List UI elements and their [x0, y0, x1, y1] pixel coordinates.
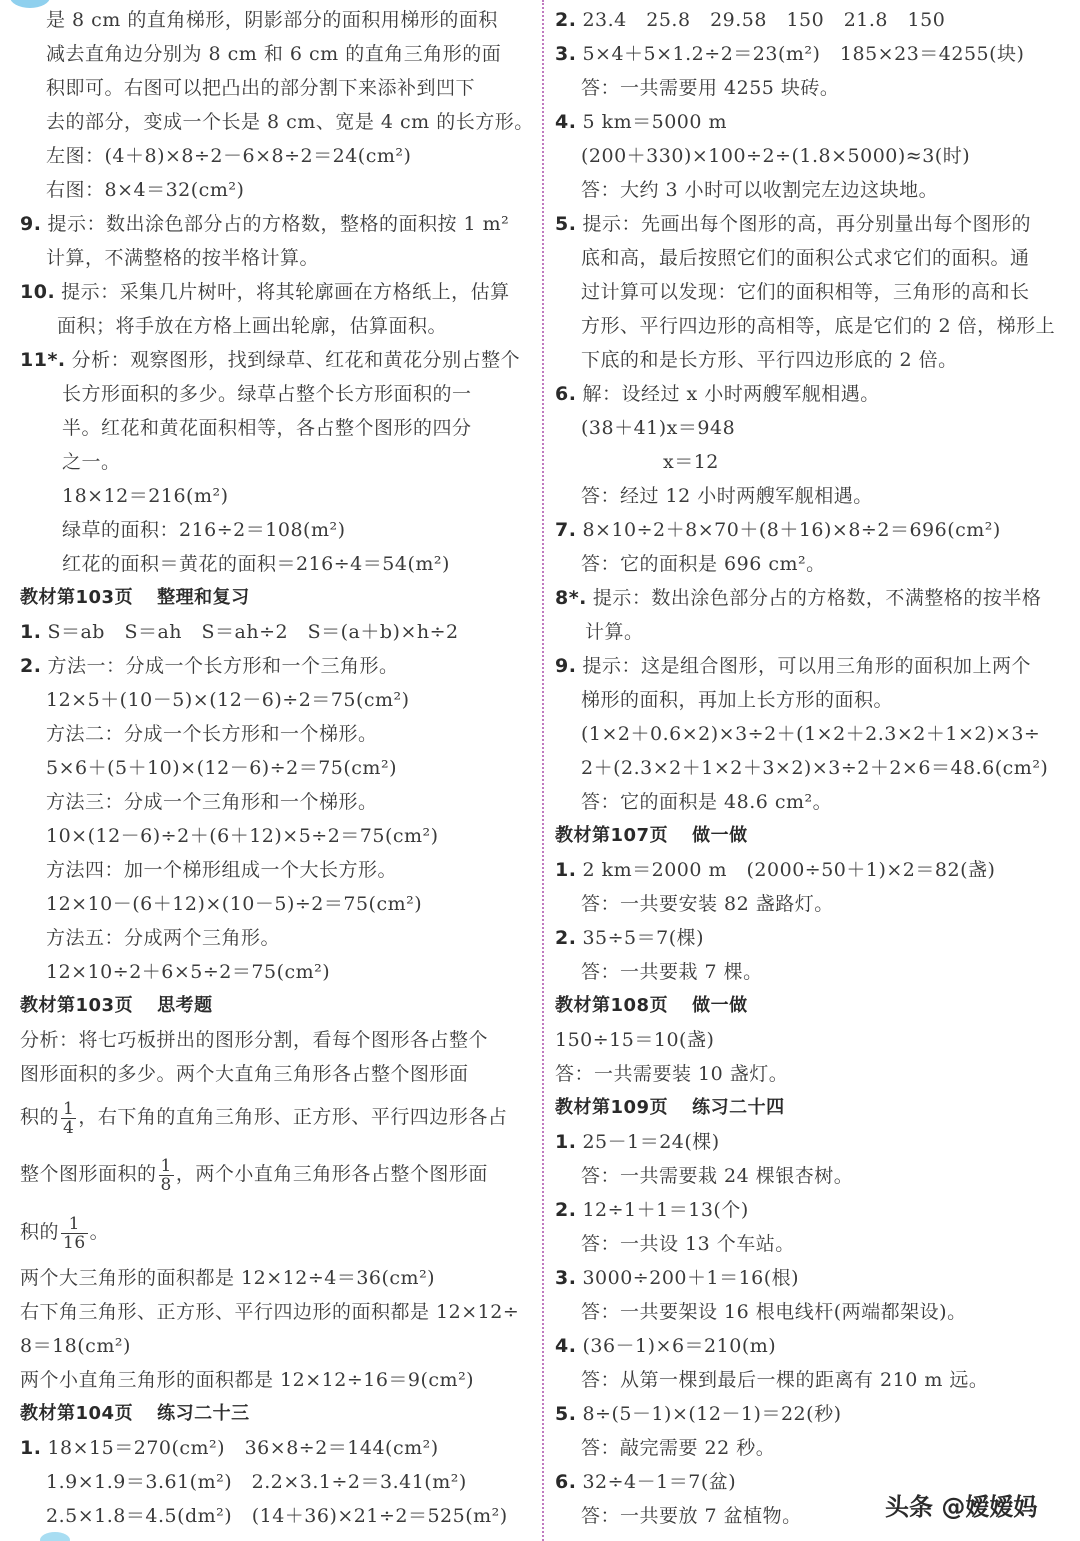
fraction-line: 积的14，右下角的直角三角形、正方形、平行四边形各占 [20, 1097, 507, 1137]
text-line: 2.5×1.8＝4.5(dm²) (14＋36)×21÷2＝525(m²) [46, 1504, 508, 1528]
line-text: 3000÷200＋1＝16(根) [582, 1267, 799, 1289]
line-text: 18×12＝216(m²) [62, 485, 229, 507]
section-title: 思考题 [157, 995, 213, 1016]
line-text: 方法五：分成两个三角形。 [46, 927, 280, 949]
question-line: 2.12÷1＋1＝13(个) [555, 1198, 749, 1222]
text-line: 答：一共需要装 10 盏灯。 [555, 1062, 788, 1086]
line-text: 2 km＝2000 m (2000÷50＋1)×2＝82(盏) [582, 859, 995, 881]
line-text: 左图：(4＋8)×8÷2－6×8÷2＝24(cm²) [46, 145, 411, 167]
line-text: 答：从第一棵到最后一棵的距离有 210 m 远。 [581, 1369, 988, 1391]
text-line: (38＋41)x＝948 [581, 416, 735, 440]
text-line: 积即可。右图可以把凸出的部分割下来添补到凹下 [46, 76, 475, 100]
line-text: 底和高，最后按照它们的面积公式求它们的面积。通 [581, 247, 1030, 269]
question-number: 2. [555, 9, 576, 31]
line-text: 答：一共需要栽 24 棵银杏树。 [581, 1165, 853, 1187]
question-number: 9. [555, 655, 576, 677]
question-number: 3. [555, 1267, 576, 1289]
line-text: 8÷(5－1)×(12－1)＝22(秒) [582, 1403, 841, 1425]
line-text: 答：经过 12 小时两艘军舰相遇。 [581, 485, 873, 507]
text-line: 12×5＋(10－5)×(12－6)÷2＝75(cm²) [46, 688, 410, 712]
line-text: (1×2＋0.6×2)×3÷2＋(1×2＋2.3×2＋1×2)×3÷ [581, 723, 1040, 745]
line-text: 分析：将七巧板拼出的图形分割，看每个图形各占整个 [20, 1029, 488, 1051]
question-number: 8*. [555, 587, 587, 609]
line-text: 提示：采集几片树叶，将其轮廓画在方格纸上，估算 [61, 281, 510, 303]
question-line: 9.提示：这是组合图形，可以用三角形的面积加上两个 [555, 654, 1031, 678]
text-before: 积的 [20, 1106, 59, 1128]
text-line: 长方形面积的多少。绿草占整个长方形面积的一 [62, 382, 472, 406]
decorative-corner-shape [10, 0, 50, 8]
line-text: 23.4 25.8 29.58 150 21.8 150 [582, 9, 945, 31]
text-after: 。 [90, 1221, 110, 1243]
line-text: 答：它的面积是 696 cm²。 [581, 553, 826, 575]
denominator: 16 [61, 1234, 88, 1252]
text-line: 方法四：加一个梯形组成一个大长方形。 [46, 858, 397, 882]
text-line: 是 8 cm 的直角梯形，阴影部分的面积用梯形的面积 [46, 8, 498, 32]
text-line: 5×6＋(5＋10)×(12－6)÷2＝75(cm²) [46, 756, 397, 780]
section-header: 教材第103页整理和复习 [20, 586, 250, 610]
text-line: 答：一共需要栽 24 棵银杏树。 [581, 1164, 853, 1188]
question-number: 11*. [20, 349, 66, 371]
line-text: 提示：先画出每个图形的高，再分别量出每个图形的 [582, 213, 1031, 235]
line-text: 答：一共要架设 16 根电线杆(两端都架设)。 [581, 1301, 967, 1323]
fraction: 14 [61, 1100, 76, 1137]
text-line: 方法二：分成一个长方形和一个梯形。 [46, 722, 378, 746]
line-text: 答：大约 3 小时可以收割完左边这块地。 [581, 179, 938, 201]
text-line: 答：一共需要用 4255 块砖。 [581, 76, 839, 100]
line-text: 半。红花和黄花面积相等，各占整个图形的四分 [62, 417, 472, 439]
text-line: 答：大约 3 小时可以收割完左边这块地。 [581, 178, 938, 202]
line-text: 右下角三角形、正方形、平行四边形的面积都是 12×12÷ [20, 1301, 519, 1323]
text-line: 12×10－(6＋12)×(10－5)÷2＝75(cm²) [46, 892, 422, 916]
question-line: 4.(36－1)×6＝210(m) [555, 1334, 776, 1358]
decorative-corner-shape-bottom [40, 1532, 70, 1541]
line-text: 5×6＋(5＋10)×(12－6)÷2＝75(cm²) [46, 757, 397, 779]
text-line: 绿草的面积：216÷2＝108(m²) [62, 518, 346, 542]
column-divider [542, 0, 544, 1541]
line-text: 分析：观察图形，找到绿草、红花和黄花分别占整个 [72, 349, 521, 371]
text-line: 答：一共要架设 16 根电线杆(两端都架设)。 [581, 1300, 967, 1324]
line-text: 图形面积的多少。两个大直角三角形各占整个图形面 [20, 1063, 469, 1085]
numerator: 1 [61, 1100, 76, 1119]
line-text: 解：设经过 x 小时两艘军舰相遇。 [582, 383, 879, 405]
line-text: (38＋41)x＝948 [581, 417, 735, 439]
text-line: 梯形的面积，再加上长方形的面积。 [581, 688, 893, 712]
line-text: 绿草的面积：216÷2＝108(m²) [62, 519, 346, 541]
text-line: 答：一共设 13 个车站。 [581, 1232, 795, 1256]
question-number: 10. [20, 281, 55, 303]
section-page: 教材第104页 [20, 1403, 133, 1424]
text-line: 分析：将七巧板拼出的图形分割，看每个图形各占整个 [20, 1028, 488, 1052]
line-text: 梯形的面积，再加上长方形的面积。 [581, 689, 893, 711]
line-text: 答：敲完需要 22 秒。 [581, 1437, 775, 1459]
section-page: 教材第108页 [555, 995, 668, 1016]
text-line: 底和高，最后按照它们的面积公式求它们的面积。通 [581, 246, 1030, 270]
section-header: 教材第107页做一做 [555, 824, 748, 848]
text-line: x＝12 [663, 450, 719, 474]
numerator: 1 [159, 1157, 174, 1176]
text-line: 10×(12－6)÷2＋(6＋12)×5÷2＝75(cm²) [46, 824, 439, 848]
text-after: ，两个小直角三角形各占整个图形面 [176, 1163, 488, 1185]
question-line: 5.提示：先画出每个图形的高，再分别量出每个图形的 [555, 212, 1031, 236]
section-title: 练习二十四 [692, 1097, 785, 1118]
line-text: 减去直角边分别为 8 cm 和 6 cm 的直角三角形的面 [46, 43, 501, 65]
question-line: 2.23.4 25.8 29.58 150 21.8 150 [555, 8, 945, 32]
text-line: 答：一共要放 7 盆植物。 [581, 1504, 802, 1528]
section-title: 做一做 [692, 825, 748, 846]
question-line: 1.18×15＝270(cm²) 36×8÷2＝144(cm²) [20, 1436, 439, 1460]
question-number: 9. [20, 213, 41, 235]
line-text: 积即可。右图可以把凸出的部分割下来添补到凹下 [46, 77, 475, 99]
text-line: 两个小直角三角形的面积都是 12×12÷16＝9(cm²) [20, 1368, 474, 1392]
question-line: 3.5×4＋5×1.2÷2＝23(m²) 185×23＝4255(块) [555, 42, 1024, 66]
numerator: 1 [61, 1215, 88, 1234]
line-text: 8＝18(cm²) [20, 1335, 131, 1357]
line-text: 是 8 cm 的直角梯形，阴影部分的面积用梯形的面积 [46, 9, 498, 31]
line-text: 红花的面积＝黄花的面积＝216÷4＝54(m²) [62, 553, 450, 575]
text-line: 半。红花和黄花面积相等，各占整个图形的四分 [62, 416, 472, 440]
line-text: 答：它的面积是 48.6 cm²。 [581, 791, 832, 813]
question-line: 1.2 km＝2000 m (2000÷50＋1)×2＝82(盏) [555, 858, 995, 882]
question-number: 7. [555, 519, 576, 541]
line-text: 35÷5＝7(棵) [582, 927, 704, 949]
denominator: 4 [61, 1119, 76, 1137]
line-text: 12×10÷2＋6×5÷2＝75(cm²) [46, 961, 330, 983]
line-text: 答：一共要放 7 盆植物。 [581, 1505, 802, 1527]
question-number: 1. [20, 1437, 41, 1459]
line-text: 2.5×1.8＝4.5(dm²) (14＋36)×21÷2＝525(m²) [46, 1505, 508, 1527]
section-page: 教材第103页 [20, 995, 133, 1016]
text-line: (1×2＋0.6×2)×3÷2＋(1×2＋2.3×2＋1×2)×3÷ [581, 722, 1040, 746]
section-header: 教材第104页练习二十三 [20, 1402, 250, 1426]
section-title: 做一做 [692, 995, 748, 1016]
line-text: 150÷15＝10(盏) [555, 1029, 714, 1051]
line-text: 答：一共要安装 82 盏路灯。 [581, 893, 834, 915]
line-text: 2＋(2.3×2＋1×2＋3×2)×3÷2＋2×6＝48.6(cm²) [581, 757, 1048, 779]
line-text: 提示：数出涂色部分占的方格数，不满整格的按半格 [593, 587, 1042, 609]
line-text: 两个小直角三角形的面积都是 12×12÷16＝9(cm²) [20, 1369, 474, 1391]
line-text: 方法一：分成一个长方形和一个三角形。 [47, 655, 398, 677]
question-line: 6.32÷4－1＝7(盆) [555, 1470, 736, 1494]
text-line: 方形、平行四边形的高相等，底是它们的 2 倍，梯形上 [581, 314, 1055, 338]
text-line: 减去直角边分别为 8 cm 和 6 cm 的直角三角形的面 [46, 42, 501, 66]
text-line: 两个大三角形的面积都是 12×12÷4＝36(cm²) [20, 1266, 435, 1290]
line-text: 长方形面积的多少。绿草占整个长方形面积的一 [62, 383, 472, 405]
question-number: 3. [555, 43, 576, 65]
line-text: 12×10－(6＋12)×(10－5)÷2＝75(cm²) [46, 893, 422, 915]
text-line: 2＋(2.3×2＋1×2＋3×2)×3÷2＋2×6＝48.6(cm²) [581, 756, 1048, 780]
question-line: 1.S＝ab S＝ah S＝ah÷2 S＝(a＋b)×h÷2 [20, 620, 459, 644]
section-page: 教材第107页 [555, 825, 668, 846]
text-after: ，右下角的直角三角形、正方形、平行四边形各占 [78, 1106, 507, 1128]
fraction-line: 积的116。 [20, 1212, 109, 1252]
line-text: 18×15＝270(cm²) 36×8÷2＝144(cm²) [47, 1437, 438, 1459]
text-line: 答：经过 12 小时两艘军舰相遇。 [581, 484, 873, 508]
text-line: 8＝18(cm²) [20, 1334, 131, 1358]
line-text: (36－1)×6＝210(m) [582, 1335, 776, 1357]
line-text: 过计算可以发现：它们的面积相等，三角形的高和长 [581, 281, 1030, 303]
text-line: 图形面积的多少。两个大直角三角形各占整个图形面 [20, 1062, 469, 1086]
line-text: 答：一共设 13 个车站。 [581, 1233, 795, 1255]
question-line: 4.5 km＝5000 m [555, 110, 727, 134]
watermark: 头条 @嫒嫒妈 [885, 1487, 1037, 1522]
question-number: 1. [555, 1131, 576, 1153]
text-line: 答：它的面积是 48.6 cm²。 [581, 790, 832, 814]
line-text: 25－1＝24(棵) [582, 1131, 719, 1153]
question-number: 4. [555, 1335, 576, 1357]
text-line: 面积；将手放在方格上画出轮廓，估算面积。 [57, 314, 447, 338]
fraction-line: 整个图形面积的18，两个小直角三角形各占整个图形面 [20, 1154, 488, 1194]
section-title: 练习二十三 [157, 1403, 250, 1424]
line-text: 答：一共需要用 4255 块砖。 [581, 77, 839, 99]
text-line: 150÷15＝10(盏) [555, 1028, 714, 1052]
line-text: 面积；将手放在方格上画出轮廓，估算面积。 [57, 315, 447, 337]
line-text: S＝ab S＝ah S＝ah÷2 S＝(a＋b)×h÷2 [47, 621, 458, 643]
line-text: (200＋330)×100÷2÷(1.8×5000)≈3(时) [581, 145, 970, 167]
line-text: 右图：8×4＝32(cm²) [46, 179, 244, 201]
text-line: 答：它的面积是 696 cm²。 [581, 552, 826, 576]
text-line: 答：一共要安装 82 盏路灯。 [581, 892, 834, 916]
line-text: 答：一共需要装 10 盏灯。 [555, 1063, 788, 1085]
question-number: 5. [555, 213, 576, 235]
text-line: 答：敲完需要 22 秒。 [581, 1436, 775, 1460]
denominator: 8 [159, 1176, 174, 1194]
question-number: 2. [555, 1199, 576, 1221]
text-line: 右下角三角形、正方形、平行四边形的面积都是 12×12÷ [20, 1300, 519, 1324]
section-page: 教材第109页 [555, 1097, 668, 1118]
question-number: 1. [20, 621, 41, 643]
text-line: 左图：(4＋8)×8÷2－6×8÷2＝24(cm²) [46, 144, 411, 168]
line-text: 计算。 [585, 621, 644, 643]
line-text: 12÷1＋1＝13(个) [582, 1199, 748, 1221]
line-text: 5×4＋5×1.2÷2＝23(m²) 185×23＝4255(块) [582, 43, 1024, 65]
line-text: 之一。 [62, 451, 121, 473]
line-text: 10×(12－6)÷2＋(6＋12)×5÷2＝75(cm²) [46, 825, 439, 847]
fraction: 18 [159, 1157, 174, 1194]
line-text: 5 km＝5000 m [582, 111, 727, 133]
text-before: 积的 [20, 1221, 59, 1243]
question-line: 1.25－1＝24(棵) [555, 1130, 720, 1154]
text-line: 计算。 [585, 620, 644, 644]
question-number: 5. [555, 1403, 576, 1425]
line-text: 1.9×1.9＝3.61(m²) 2.2×3.1÷2＝3.41(m²) [46, 1471, 467, 1493]
question-line: 5.8÷(5－1)×(12－1)＝22(秒) [555, 1402, 841, 1426]
section-title: 整理和复习 [157, 587, 250, 608]
line-text: 两个大三角形的面积都是 12×12÷4＝36(cm²) [20, 1267, 435, 1289]
text-line: 方法三：分成一个三角形和一个梯形。 [46, 790, 378, 814]
fraction: 116 [61, 1215, 88, 1252]
line-text: 方法四：加一个梯形组成一个大长方形。 [46, 859, 397, 881]
text-line: 过计算可以发现：它们的面积相等，三角形的高和长 [581, 280, 1030, 304]
section-header: 教材第109页练习二十四 [555, 1096, 785, 1120]
question-line: 7.8×10÷2＋8×70＋(8＋16)×8÷2＝696(cm²) [555, 518, 1001, 542]
question-line: 2.方法一：分成一个长方形和一个三角形。 [20, 654, 398, 678]
text-line: 去的部分，变成一个长是 8 cm、宽是 4 cm 的长方形。 [46, 110, 534, 134]
question-line: 10.提示：采集几片树叶，将其轮廓画在方格纸上，估算 [20, 280, 510, 304]
question-number: 6. [555, 1471, 576, 1493]
text-line: 12×10÷2＋6×5÷2＝75(cm²) [46, 960, 330, 984]
line-text: 方法二：分成一个长方形和一个梯形。 [46, 723, 378, 745]
text-line: 18×12＝216(m²) [62, 484, 229, 508]
text-line: 计算，不满整格的按半格计算。 [46, 246, 319, 270]
line-text: 去的部分，变成一个长是 8 cm、宽是 4 cm 的长方形。 [46, 111, 534, 133]
line-text: 计算，不满整格的按半格计算。 [46, 247, 319, 269]
question-number: 6. [555, 383, 576, 405]
line-text: 8×10÷2＋8×70＋(8＋16)×8÷2＝696(cm²) [582, 519, 1000, 541]
line-text: 方法三：分成一个三角形和一个梯形。 [46, 791, 378, 813]
text-before: 整个图形面积的 [20, 1163, 157, 1185]
text-line: 下底的和是长方形、平行四边形底的 2 倍。 [581, 348, 958, 372]
question-line: 6.解：设经过 x 小时两艘军舰相遇。 [555, 382, 880, 406]
text-line: 1.9×1.9＝3.61(m²) 2.2×3.1÷2＝3.41(m²) [46, 1470, 467, 1494]
question-number: 4. [555, 111, 576, 133]
line-text: x＝12 [663, 451, 719, 473]
text-line: 方法五：分成两个三角形。 [46, 926, 280, 950]
text-line: 右图：8×4＝32(cm²) [46, 178, 244, 202]
line-text: 方形、平行四边形的高相等，底是它们的 2 倍，梯形上 [581, 315, 1055, 337]
line-text: 提示：这是组合图形，可以用三角形的面积加上两个 [582, 655, 1031, 677]
question-line: 11*.分析：观察图形，找到绿草、红花和黄花分别占整个 [20, 348, 520, 372]
text-line: 答：一共要栽 7 棵。 [581, 960, 763, 984]
line-text: 32÷4－1＝7(盆) [582, 1471, 736, 1493]
question-line: 3.3000÷200＋1＝16(根) [555, 1266, 799, 1290]
text-line: 红花的面积＝黄花的面积＝216÷4＝54(m²) [62, 552, 450, 576]
question-number: 1. [555, 859, 576, 881]
question-number: 2. [20, 655, 41, 677]
question-line: 9.提示：数出涂色部分占的方格数，整格的面积按 1 m² [20, 212, 509, 236]
text-line: 答：从第一棵到最后一棵的距离有 210 m 远。 [581, 1368, 988, 1392]
question-number: 2. [555, 927, 576, 949]
line-text: 12×5＋(10－5)×(12－6)÷2＝75(cm²) [46, 689, 410, 711]
question-line: 8*.提示：数出涂色部分占的方格数，不满整格的按半格 [555, 586, 1041, 610]
text-line: 之一。 [62, 450, 121, 474]
line-text: 提示：数出涂色部分占的方格数，整格的面积按 1 m² [47, 213, 509, 235]
line-text: 下底的和是长方形、平行四边形底的 2 倍。 [581, 349, 958, 371]
section-header: 教材第108页做一做 [555, 994, 748, 1018]
section-header: 教材第103页思考题 [20, 994, 213, 1018]
line-text: 答：一共要栽 7 棵。 [581, 961, 763, 983]
text-line: (200＋330)×100÷2÷(1.8×5000)≈3(时) [581, 144, 970, 168]
section-page: 教材第103页 [20, 587, 133, 608]
question-line: 2.35÷5＝7(棵) [555, 926, 704, 950]
